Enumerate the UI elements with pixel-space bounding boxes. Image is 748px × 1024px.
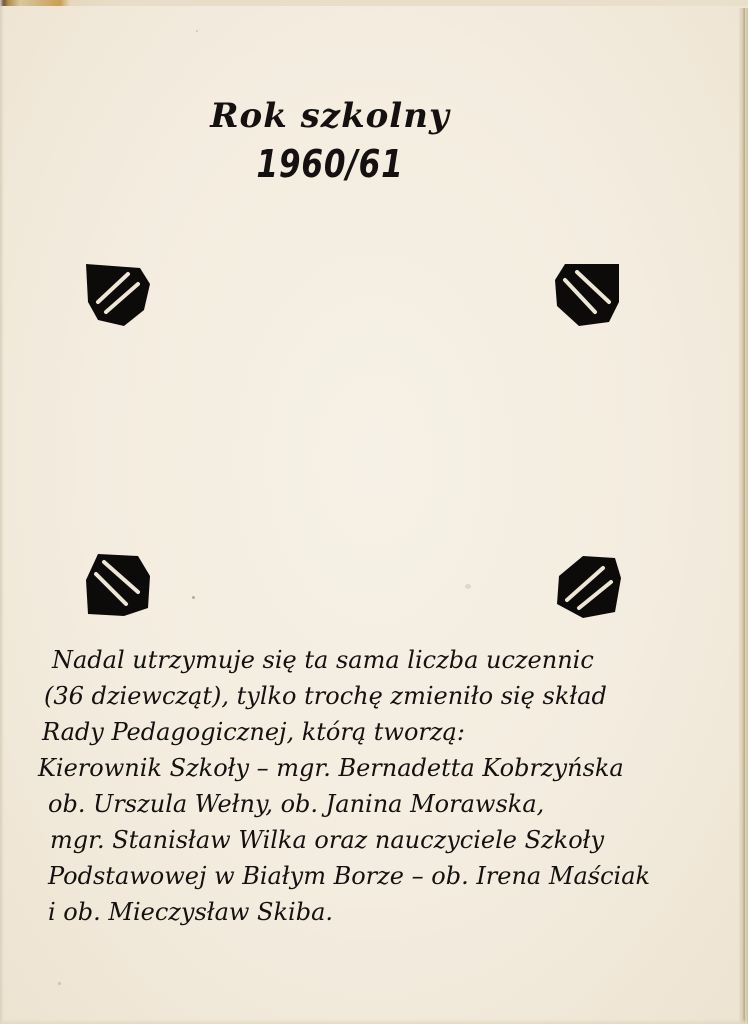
title-school-year-label: Rok szkolny xyxy=(210,96,449,136)
shield-icon xyxy=(84,262,152,328)
shield-icon xyxy=(555,554,623,620)
paragraph-line: Kierownik Szkoły – mgr. Bernadetta Kobrz… xyxy=(38,750,738,786)
shield-icon xyxy=(84,552,152,618)
shield-icon xyxy=(553,262,621,328)
page-title: Rok szkolny 1960/61 xyxy=(0,96,660,186)
paragraph-line: Podstawowej w Białym Borze – ob. Irena M… xyxy=(38,858,738,894)
paragraph-line: Nadal utrzymuje się ta sama liczba uczen… xyxy=(38,642,738,678)
paper-speck xyxy=(58,982,61,985)
page-top-edge xyxy=(0,0,748,6)
paragraph-line: (36 dziewcząt), tylko trochę zmieniło si… xyxy=(38,678,738,714)
paper-speck xyxy=(192,596,195,599)
paragraph-line: ob. Urszula Wełny, ob. Janina Morawska, xyxy=(38,786,738,822)
paragraph-line: i ob. Mieczysław Skiba. xyxy=(38,894,738,930)
title-year-range: 1960/61 xyxy=(59,142,600,186)
paper-speck xyxy=(465,584,471,589)
page-bottom-edge xyxy=(0,1019,748,1024)
paper-speck xyxy=(196,30,198,32)
page-binding-edge xyxy=(739,8,748,1024)
handwritten-paragraph: Nadal utrzymuje się ta sama liczba uczen… xyxy=(38,642,738,930)
handwritten-chronicle-page: Rok szkolny 1960/61 Nadal utrz xyxy=(0,0,748,1024)
paragraph-line: mgr. Stanisław Wilka oraz nauczyciele Sz… xyxy=(38,822,738,858)
paragraph-line: Rady Pedagogicznej, którą tworzą: xyxy=(38,714,738,750)
